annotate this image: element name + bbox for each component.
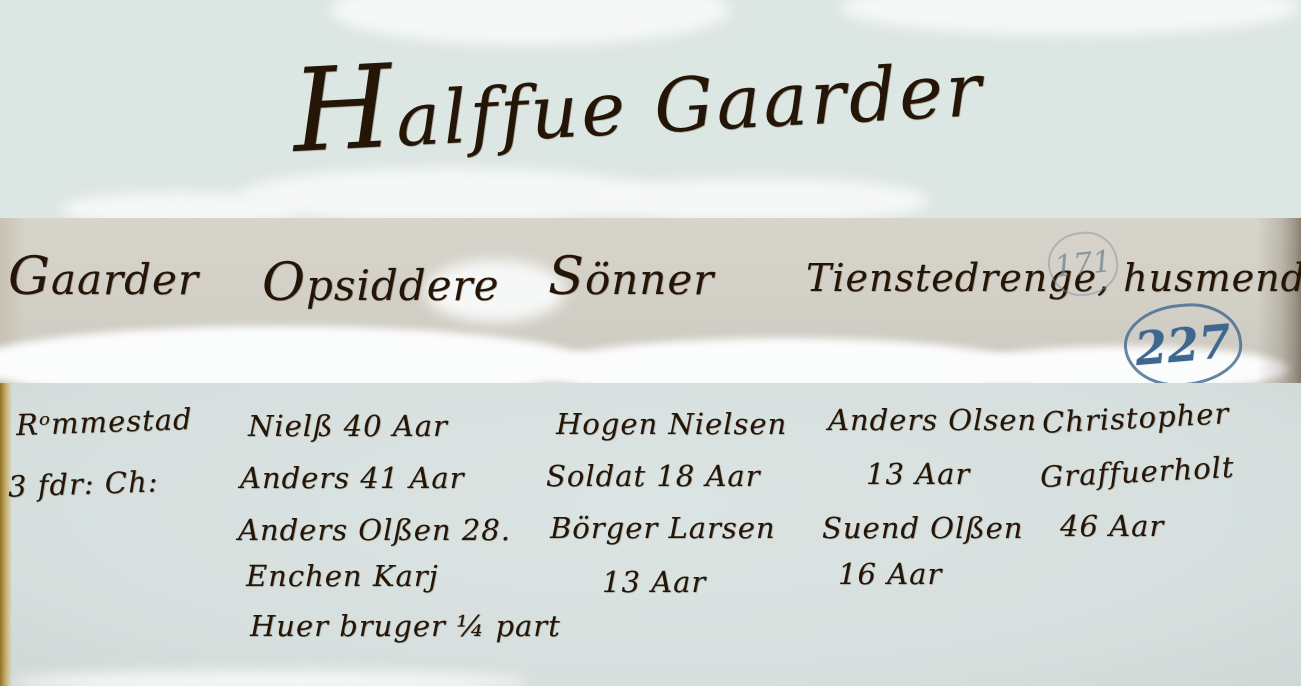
servant-entry: Suend Olßen bbox=[822, 511, 1023, 545]
husmand-surname: Graffuerholt bbox=[1039, 450, 1235, 494]
manuscript-page: Halffue Gaarder Gaarder Opsiddere Sönner… bbox=[0, 0, 1301, 686]
son-entry: Soldat 18 Aar bbox=[546, 459, 761, 493]
paper-strip-entries: Rᵒmmestad 3 fdr: Ch: Nielß 40 Aar Anders… bbox=[0, 383, 1301, 686]
archive-stamp-number: 171 bbox=[1053, 244, 1114, 285]
usage-note: Huer bruger ¼ part bbox=[250, 609, 561, 643]
folio-stamp-blue: 227 bbox=[1121, 299, 1246, 383]
servant-entry: Anders Olsen bbox=[828, 403, 1037, 437]
paper-strip-column-headers: Gaarder Opsiddere Sönner Tienstedrenge, … bbox=[0, 218, 1301, 383]
binding-edge bbox=[0, 383, 12, 686]
son-entry: Börger Larsen bbox=[550, 511, 776, 545]
paper-blotch bbox=[10, 671, 530, 686]
paper-blotch bbox=[0, 326, 590, 383]
opsidder-entry: Anders Olßen 28. bbox=[238, 513, 511, 547]
opsidder-entry: Anders 41 Aar bbox=[240, 461, 465, 495]
servant-age: 16 Aar bbox=[838, 557, 942, 591]
paper-blotch bbox=[540, 338, 1030, 383]
son-age: 13 Aar bbox=[602, 565, 706, 599]
servant-age: 13 Aar bbox=[866, 457, 970, 491]
column-header-sonner: Sönner bbox=[548, 246, 714, 307]
folio-stamp-number: 227 bbox=[1133, 314, 1233, 376]
paper-strip-heading: Halffue Gaarder bbox=[0, 0, 1301, 218]
column-header-gaarder: Gaarder bbox=[8, 246, 199, 307]
farm-assessment: 3 fdr: Ch: bbox=[7, 464, 159, 503]
husmand-age: 46 Aar bbox=[1060, 509, 1164, 543]
opsidder-entry: Enchen Karj bbox=[246, 559, 439, 593]
husmand-name: Christopher bbox=[1041, 396, 1230, 440]
page-fold-shading bbox=[1257, 218, 1301, 383]
paper-blotch bbox=[590, 178, 930, 218]
son-entry: Hogen Nielsen bbox=[556, 407, 787, 441]
column-header-opsiddere: Opsiddere bbox=[262, 252, 499, 313]
farm-name: Rᵒmmestad bbox=[15, 402, 193, 442]
opsidder-entry: Nielß 40 Aar bbox=[248, 409, 448, 443]
